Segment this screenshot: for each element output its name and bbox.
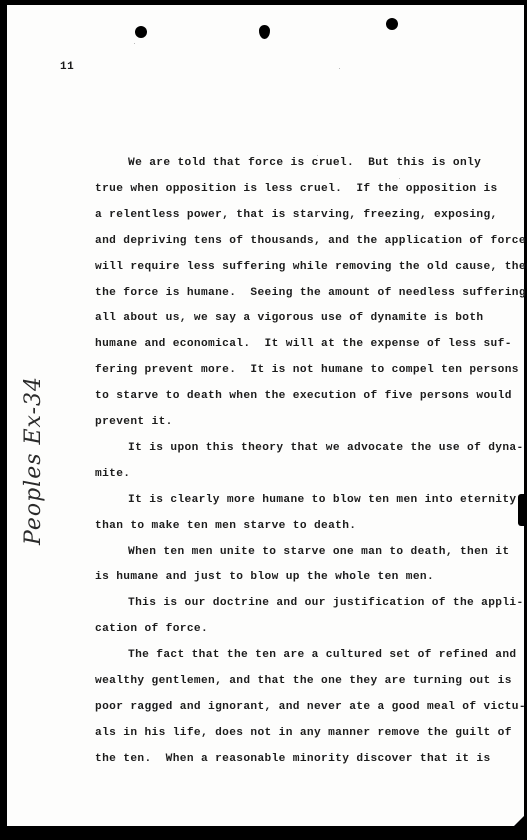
page-tab-mark <box>518 494 527 526</box>
text-line: We are told that force is cruel. But thi… <box>128 156 481 170</box>
text-line: a relentless power, that is starving, fr… <box>95 208 498 222</box>
punch-hole-right-icon <box>386 18 398 30</box>
text-line: to starve to death when the execution of… <box>95 389 512 403</box>
text-line: the force is humane. Seeing the amount o… <box>95 286 526 300</box>
text-line: and depriving tens of thousands, and the… <box>95 234 526 248</box>
text-line: humane and economical. It will at the ex… <box>95 337 512 351</box>
text-line: cation of force. <box>95 622 208 636</box>
text-line: will require less suffering while removi… <box>95 260 527 274</box>
text-line: all about us, we say a vigorous use of d… <box>95 311 484 325</box>
text-line: is humane and just to blow up the whole … <box>95 570 434 584</box>
text-line: poor ragged and ignorant, and never ate … <box>95 700 526 714</box>
page-corner <box>514 816 524 826</box>
punch-hole-center-icon <box>259 25 270 39</box>
text-line: The fact that the ten are a cultured set… <box>128 648 517 662</box>
page-number: 11 <box>60 61 74 73</box>
text-line: When ten men unite to starve one man to … <box>128 545 509 559</box>
text-line: true when opposition is less cruel. If t… <box>95 182 498 196</box>
punch-hole-left-icon <box>135 26 147 38</box>
text-line: mite. <box>95 467 130 481</box>
margin-exhibit-annotation: Peoples Ex-34 <box>21 376 46 545</box>
document-page: 11 Peoples Ex-34 We are told that force … <box>7 5 524 826</box>
text-line: than to make ten men starve to death. <box>95 519 356 533</box>
text-line: the ten. When a reasonable minority disc… <box>95 752 491 766</box>
scan-speck <box>339 68 340 69</box>
text-line: This is our doctrine and our justificati… <box>128 596 524 610</box>
text-line: wealthy gentlemen, and that the one they… <box>95 674 512 688</box>
text-line: prevent it. <box>95 415 173 429</box>
text-line: als in his life, does not in any manner … <box>95 726 512 740</box>
text-line: fering prevent more. It is not humane to… <box>95 363 519 377</box>
scan-speck <box>399 178 400 179</box>
text-line: It is clearly more humane to blow ten me… <box>128 493 517 507</box>
scan-speck <box>134 43 135 44</box>
scan-speck <box>317 155 318 156</box>
text-line: It is upon this theory that we advocate … <box>128 441 524 455</box>
